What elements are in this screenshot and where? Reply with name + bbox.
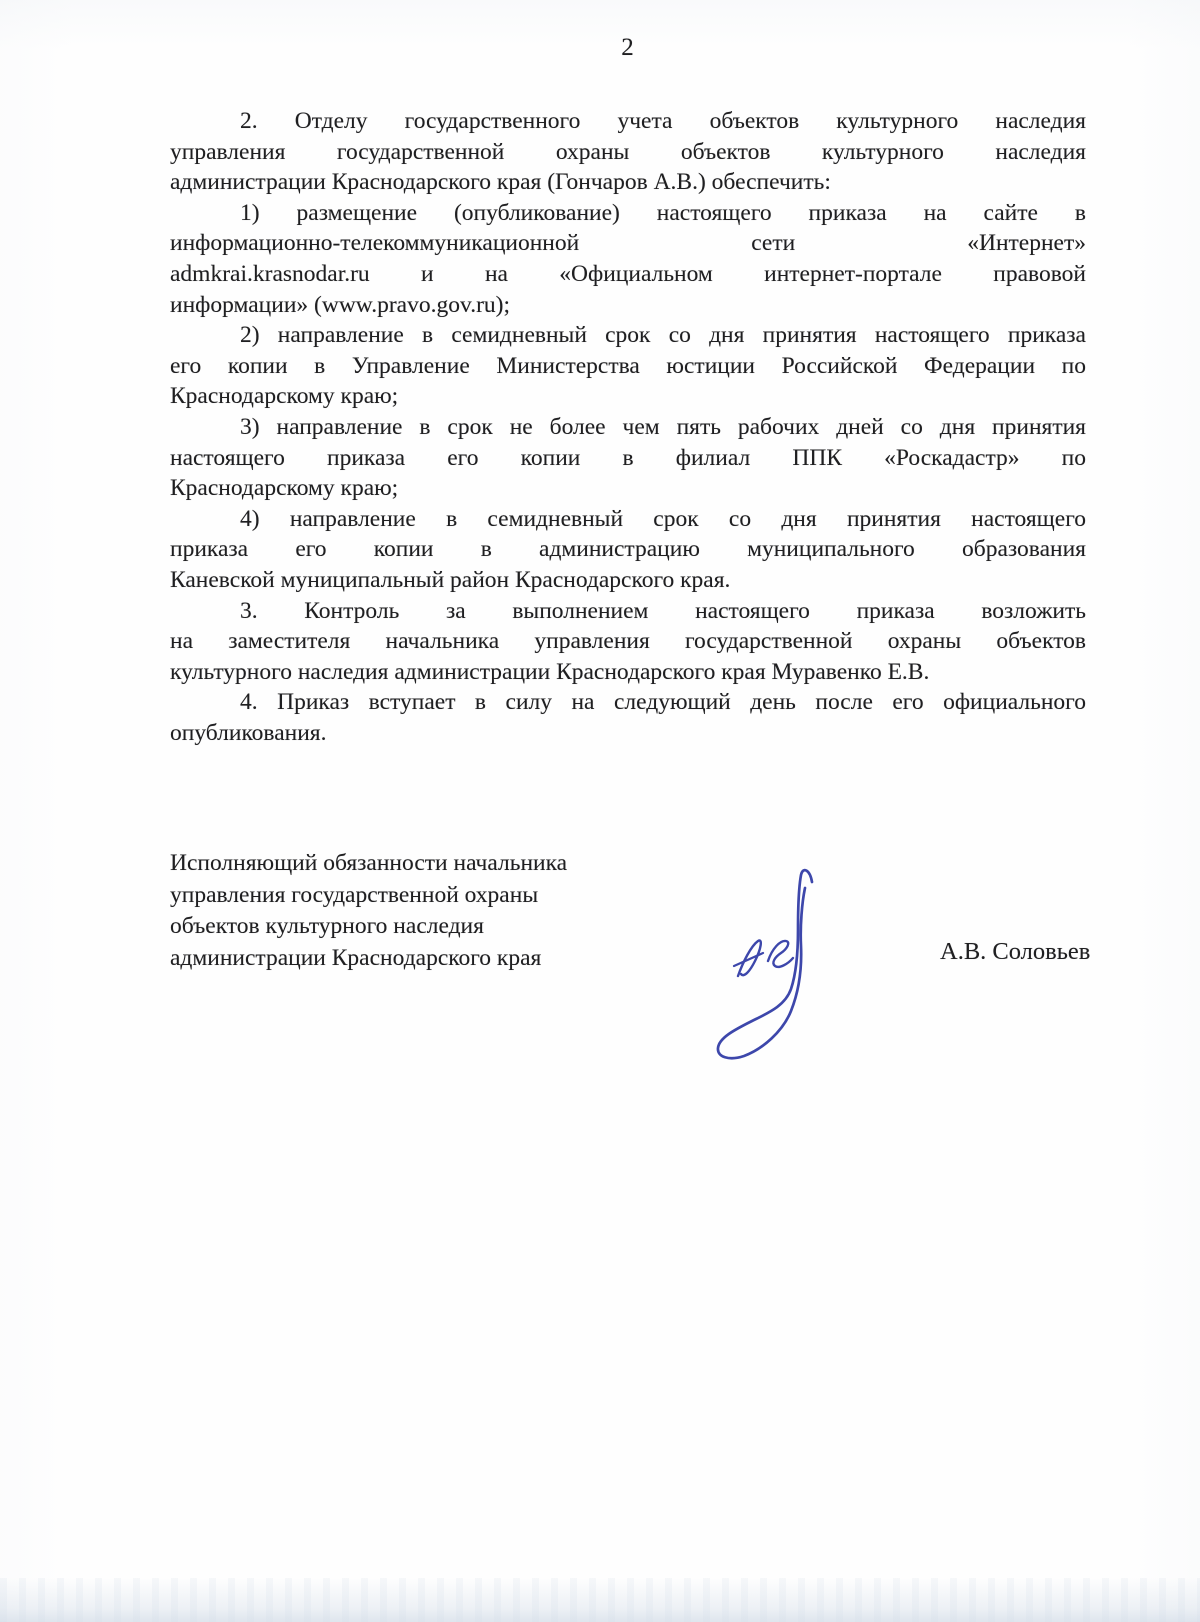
signatory-title-line: объектов культурного наследия (170, 911, 710, 943)
text-line: 3) направление в срок не более чем пять … (170, 412, 1086, 443)
text-line: 4. Приказ вступает в силу на следующий д… (170, 687, 1086, 718)
text-line: опубликования. (170, 718, 1086, 749)
text-line: его копии в Управление Министерства юсти… (170, 351, 1086, 382)
text-line: информации» (www.pravo.gov.ru); (170, 290, 1086, 321)
text-line: admkrai.krasnodar.ru и на «Официальном и… (170, 259, 1086, 290)
paragraph: 2. Отделу государственного учета объекто… (170, 106, 1086, 198)
signature-icon (698, 860, 823, 1065)
paragraph: 2) направление в семидневный срок со дня… (170, 320, 1086, 412)
signatory-title-line: управления государственной охраны (170, 880, 710, 912)
paragraph: 4) направление в семидневный срок со дня… (170, 504, 1086, 596)
document-body: 2. Отделу государственного учета объекто… (170, 106, 1086, 748)
text-line: Каневской муниципальный район Краснодарс… (170, 565, 1086, 596)
text-line: настоящего приказа его копии в филиал ПП… (170, 443, 1086, 474)
text-line: приказа его копии в администрацию муници… (170, 534, 1086, 565)
text-line: управления государственной охраны объект… (170, 137, 1086, 168)
text-line: Краснодарскому краю; (170, 473, 1086, 504)
signatory-title: Исполняющий обязанности начальникауправл… (170, 848, 710, 974)
text-line: 2. Отделу государственного учета объекто… (170, 106, 1086, 137)
paragraph: 4. Приказ вступает в силу на следующий д… (170, 687, 1086, 748)
text-line: Краснодарскому краю; (170, 381, 1086, 412)
text-line: информационно-телекоммуникационной сети … (170, 228, 1086, 259)
text-line: 4) направление в семидневный срок со дня… (170, 504, 1086, 535)
text-line: администрации Краснодарского края (Гонча… (170, 167, 1086, 198)
signatory-title-line: администрации Краснодарского края (170, 943, 710, 975)
paragraph: 3. Контроль за выполнением настоящего пр… (170, 596, 1086, 688)
scan-artifact-band (0, 1578, 1200, 1622)
text-line: 2) направление в семидневный срок со дня… (170, 320, 1086, 351)
document-page: 2 2. Отделу государственного учета объек… (0, 0, 1200, 1622)
text-line: 3. Контроль за выполнением настоящего пр… (170, 596, 1086, 627)
paragraph: 1) размещение (опубликование) настоящего… (170, 198, 1086, 320)
paragraph: 3) направление в срок не более чем пять … (170, 412, 1086, 504)
signatory-name: А.В. Соловьев (940, 938, 1090, 966)
signatory-title-line: Исполняющий обязанности начальника (170, 848, 710, 880)
text-line: 1) размещение (опубликование) настоящего… (170, 198, 1086, 229)
page-number: 2 (170, 34, 1086, 62)
text-line: культурного наследия администрации Красн… (170, 657, 1086, 688)
text-line: на заместителя начальника управления гос… (170, 626, 1086, 657)
